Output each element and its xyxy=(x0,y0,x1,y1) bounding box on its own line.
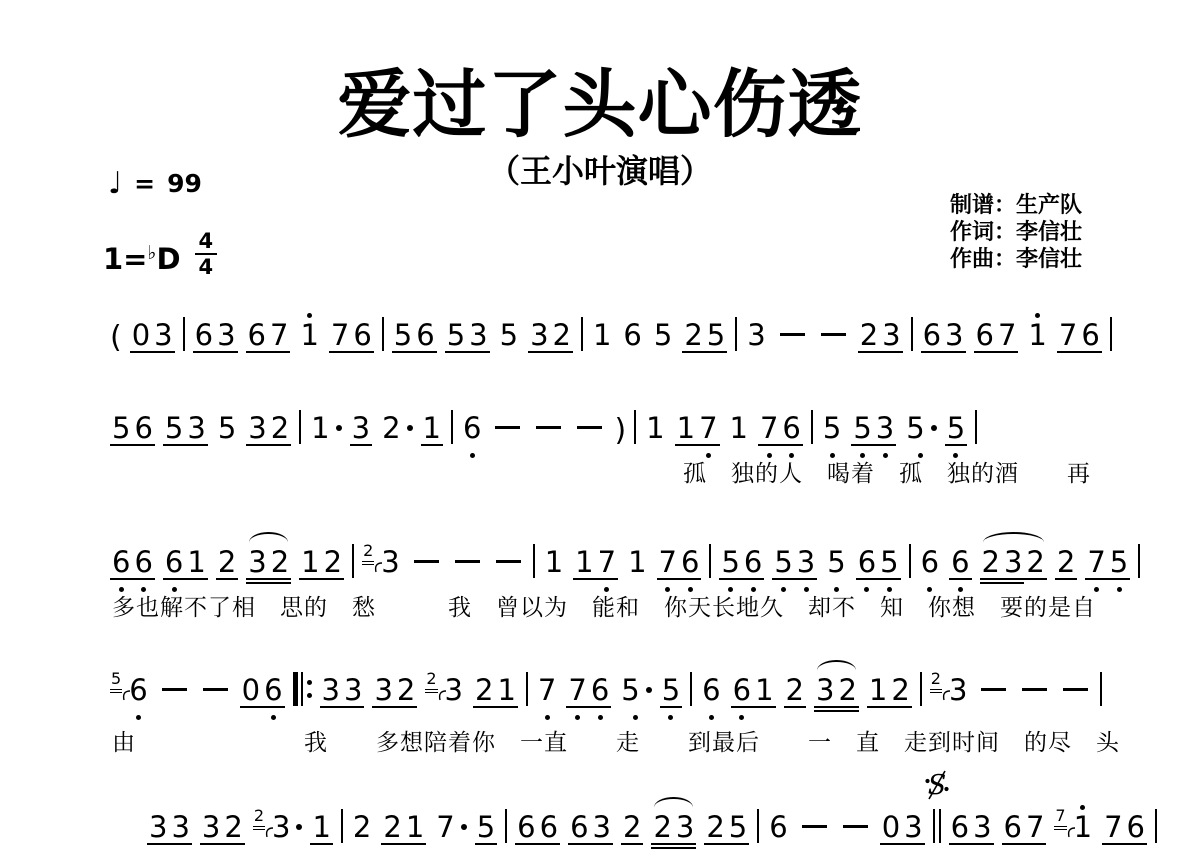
eighth-underline xyxy=(851,444,873,446)
barline xyxy=(757,809,759,843)
eighth-underline xyxy=(596,578,618,580)
note: 3 xyxy=(745,312,767,366)
digit-row: 2 xyxy=(621,811,643,843)
note: 6 xyxy=(949,804,971,850)
note-digit: 6 xyxy=(515,811,537,843)
note-digit: 7 xyxy=(657,546,679,578)
beamed-group: 32 xyxy=(246,405,291,459)
eighth-underline xyxy=(856,578,878,580)
digit-row: 5 xyxy=(727,811,749,843)
eighth-underline xyxy=(836,706,858,708)
note-digit: 2 xyxy=(351,811,373,843)
note: 5 xyxy=(475,804,497,850)
note: 3 xyxy=(943,312,965,366)
note-digit: 7 xyxy=(329,319,351,351)
barline xyxy=(920,672,922,706)
eighth-underline xyxy=(727,843,749,845)
digit-row: 6 xyxy=(621,319,643,351)
note: 1 xyxy=(573,539,595,593)
barline xyxy=(911,317,913,351)
digit-row: 6 xyxy=(246,319,268,351)
note: 7 xyxy=(1085,539,1107,593)
digit-row: 5 xyxy=(705,319,727,351)
digit-row: 7 xyxy=(1024,811,1046,843)
note: 6 xyxy=(919,539,941,593)
digit-row: 6 xyxy=(538,811,560,843)
note-digit: 3 xyxy=(745,319,767,351)
note-digit: 3 xyxy=(372,674,394,706)
grace-digit: 2 xyxy=(930,671,942,687)
digit-row: 3 xyxy=(943,319,965,351)
octave-dot-zone xyxy=(921,359,943,366)
beamed-group: 66 xyxy=(110,539,155,593)
note-digit: 6 xyxy=(679,546,701,578)
eighth-underline xyxy=(110,444,132,446)
eighth-underline xyxy=(130,351,152,353)
digit-row: 0 xyxy=(130,319,152,351)
octave-dot-zone xyxy=(240,714,262,721)
digit-row: 3 xyxy=(342,674,364,706)
note-digit: 6 xyxy=(1125,811,1147,843)
eighth-underline xyxy=(949,578,971,580)
note: 2 xyxy=(621,804,643,850)
note-digit: 1 xyxy=(298,319,320,351)
note: 7 xyxy=(536,667,558,721)
octave-dot-zone xyxy=(246,452,268,459)
note-digit: 7 xyxy=(1085,546,1107,578)
note: 7 xyxy=(996,312,1018,366)
note-digit: 3 xyxy=(902,811,924,843)
note-digit: 6 xyxy=(132,546,154,578)
note-digit: 1 xyxy=(310,811,332,843)
barline xyxy=(1110,317,1112,351)
note: 3 xyxy=(147,804,169,850)
octave-dot-zone xyxy=(467,359,489,366)
sixteenth-underline xyxy=(246,582,268,584)
digit-row: 3 xyxy=(971,811,993,843)
note: 6 xyxy=(589,667,611,721)
note-digit: 0 xyxy=(130,319,152,351)
beamed-group: 67 xyxy=(1002,804,1047,850)
eighth-underline xyxy=(473,706,495,708)
digit-row: 5 xyxy=(392,319,414,351)
digit-row: 7 xyxy=(697,412,719,444)
digit-row: 5 xyxy=(110,412,132,444)
digit-row: 2 xyxy=(473,674,495,706)
duration-dash xyxy=(1022,688,1047,692)
note-digit: 1 xyxy=(644,412,666,444)
octave-dot-zone xyxy=(836,714,858,721)
beamed-group: 53 xyxy=(445,312,490,366)
digit-row: 6 xyxy=(414,319,436,351)
note: 3 xyxy=(528,312,550,366)
note: 2 xyxy=(322,539,344,593)
slur-arc xyxy=(249,532,288,545)
digit-row: 3 xyxy=(795,546,817,578)
note-digit: 6 xyxy=(110,546,132,578)
music-line: 560633322321776556612321223 xyxy=(110,667,1102,721)
barline xyxy=(341,809,343,843)
note: 6 xyxy=(856,539,878,593)
beamed-group: 2 xyxy=(1055,539,1077,593)
grace-note: 2 xyxy=(362,543,374,565)
digit-row: 6 xyxy=(949,811,971,843)
digit-row: 7 xyxy=(1057,319,1079,351)
note-digit: 3 xyxy=(674,811,696,843)
beamed-group: 23 xyxy=(651,804,696,850)
note: 2 xyxy=(651,804,673,850)
note-digit: 5 xyxy=(772,546,794,578)
eighth-underline xyxy=(921,351,943,353)
digit-row: 2 xyxy=(381,811,403,843)
octave-dot-zone xyxy=(152,359,174,366)
eighth-underline xyxy=(867,706,889,708)
augmentation-dot xyxy=(296,824,302,830)
eighth-underline xyxy=(573,578,595,580)
octave-dot-zone xyxy=(215,359,237,366)
beamed-group: 76 xyxy=(657,539,702,593)
eighth-underline xyxy=(974,351,996,353)
barline xyxy=(505,809,507,843)
octave-dot-zone xyxy=(889,714,911,721)
octave-dot-zone xyxy=(996,359,1018,366)
note: 3 xyxy=(902,804,924,850)
digit-row: 7 xyxy=(536,674,558,706)
beamed-group: 63 xyxy=(193,312,238,366)
note-digit: 2 xyxy=(784,674,806,706)
digit-row: 5 xyxy=(216,412,238,444)
note: 5 xyxy=(727,804,749,850)
note: 3 xyxy=(246,405,268,459)
digit-row: 1 xyxy=(867,674,889,706)
digit-row: 1 xyxy=(675,412,697,444)
lyrics-line: 多也解不了相 思的 愁 我 曾以为 能和 你天长地久 却不 知 你想 要的是自 xyxy=(112,589,1096,622)
grace-hook-icon xyxy=(372,562,384,574)
octave-dot-zone xyxy=(262,714,284,721)
octave-dot-zone xyxy=(392,359,414,366)
beamed-group: 1 xyxy=(310,804,332,850)
octave-dot-zone xyxy=(621,359,643,366)
beamed-group: 63 xyxy=(921,312,966,366)
beamed-group: 03 xyxy=(130,312,175,366)
eighth-underline xyxy=(495,706,517,708)
digit-row: 3 xyxy=(246,412,268,444)
octave-dot-zone xyxy=(269,452,291,459)
digit-row: 6 xyxy=(921,319,943,351)
octave-dot-zone xyxy=(591,359,613,366)
digit-row: 3 xyxy=(152,319,174,351)
beamed-group: 32 xyxy=(528,312,573,366)
octave-dot-zone xyxy=(974,359,996,366)
note-digit: 6 xyxy=(193,319,215,351)
note: 2 xyxy=(682,312,704,366)
octave-dot-zone xyxy=(867,714,889,721)
note-digit: 6 xyxy=(538,811,560,843)
note-digit: 6 xyxy=(568,811,590,843)
digit-row: 3 xyxy=(185,412,207,444)
octave-dot-zone xyxy=(268,359,290,366)
beamed-group: 53 xyxy=(772,539,817,593)
note: 6 xyxy=(538,804,560,850)
digit-row: 2 xyxy=(784,674,806,706)
note-digit: 2 xyxy=(551,319,573,351)
digit-row: 3 xyxy=(467,319,489,351)
beamed-group: 21 xyxy=(473,667,518,721)
beamed-group: 5 xyxy=(475,804,497,850)
octave-dot-zone xyxy=(551,359,573,366)
note: 2 xyxy=(381,804,403,850)
note: 7 xyxy=(1102,804,1124,850)
eighth-underline xyxy=(889,706,911,708)
note: 2 xyxy=(980,539,1002,593)
eighth-underline xyxy=(674,843,696,845)
note-digit: 0 xyxy=(880,811,902,843)
eighth-underline xyxy=(551,351,573,353)
duration-dash xyxy=(536,426,561,430)
octave-dot-zone xyxy=(132,452,154,459)
note-digit: 6 xyxy=(589,674,611,706)
note-digit: 7 xyxy=(1102,811,1124,843)
eighth-underline xyxy=(1108,578,1130,580)
eighth-underline xyxy=(350,444,372,446)
digit-row: 1 xyxy=(591,319,613,351)
note-digit: 1 xyxy=(404,811,426,843)
low-octave-dot xyxy=(709,715,714,720)
eighth-underline xyxy=(731,706,753,708)
note: 2 xyxy=(889,667,911,721)
note-digit: 5 xyxy=(163,412,185,444)
note-digit: 1 xyxy=(495,674,517,706)
note-digit: 5 xyxy=(110,412,132,444)
octave-dot-zone xyxy=(461,452,483,459)
eighth-underline xyxy=(269,578,291,580)
note: 3 xyxy=(971,804,993,850)
octave-dot-zone xyxy=(528,359,550,366)
beamed-group: 1 xyxy=(421,405,443,459)
eighth-underline xyxy=(467,351,489,353)
digit-row: 6 xyxy=(351,319,373,351)
note-digit: 6 xyxy=(132,412,154,444)
low-octave-dot xyxy=(545,715,550,720)
eighth-underline xyxy=(657,578,679,580)
barline xyxy=(352,544,354,578)
barline xyxy=(533,544,535,578)
beamed-group: 61 xyxy=(163,539,208,593)
digit-row: 2 xyxy=(980,546,1002,578)
duration-dash xyxy=(1063,688,1088,692)
note: 1 xyxy=(421,405,443,459)
eighth-underline xyxy=(719,578,741,580)
eighth-underline xyxy=(163,444,185,446)
note-digit: 5 xyxy=(904,412,926,444)
note: 6 xyxy=(767,804,789,850)
beamed-group: 17 xyxy=(675,405,720,459)
note: 7 xyxy=(697,405,719,459)
note: 3 xyxy=(320,667,342,721)
eighth-underline xyxy=(185,444,207,446)
barline xyxy=(939,809,941,843)
augmentation-dot xyxy=(336,425,342,431)
slur-arc xyxy=(654,797,693,810)
note: 5 xyxy=(619,667,651,721)
digit-row: 1 xyxy=(309,412,341,444)
note: 2 xyxy=(269,405,291,459)
note-digit: 6 xyxy=(1079,319,1101,351)
beamed-group: 32 xyxy=(814,667,859,721)
barline xyxy=(1155,809,1157,843)
octave-dot-zone xyxy=(536,714,558,721)
beamed-group: 56 xyxy=(719,539,764,593)
digit-row: 1 xyxy=(753,674,775,706)
grace-note: 2 xyxy=(253,808,265,830)
beamed-group: 61 xyxy=(731,667,776,721)
note-digit: 2 xyxy=(1024,546,1046,578)
octave-dot-zone xyxy=(1079,359,1101,366)
note: 3 xyxy=(342,667,364,721)
octave-dot-zone xyxy=(943,359,965,366)
thin-bar xyxy=(301,672,303,706)
low-octave-dot xyxy=(470,453,475,458)
note-digit: 7 xyxy=(434,811,456,843)
eighth-underline xyxy=(1085,578,1107,580)
digit-row: 1 xyxy=(728,412,750,444)
note-digit: 3 xyxy=(874,412,896,444)
note: 5 xyxy=(110,405,132,459)
eighth-underline xyxy=(814,706,836,708)
note-digit: 1 xyxy=(867,674,889,706)
note-digit: 1 xyxy=(573,546,595,578)
note: 5 xyxy=(652,312,674,366)
barline xyxy=(299,410,301,444)
note-digit: 2 xyxy=(704,811,726,843)
eighth-underline xyxy=(980,578,1002,580)
eighth-underline xyxy=(902,843,924,845)
beamed-group: 65 xyxy=(856,539,901,593)
note: 2 xyxy=(222,804,244,850)
thick-bar xyxy=(293,672,298,706)
digit-row: 3 xyxy=(320,674,342,706)
beamed-group: 25 xyxy=(682,312,727,366)
sixteenth-underline xyxy=(674,847,696,849)
digit-row: 1 xyxy=(644,412,666,444)
digit-row: 7 xyxy=(1102,811,1124,843)
note-digit: 6 xyxy=(974,319,996,351)
grace-digit: 2 xyxy=(425,671,437,687)
digit-row: 2 xyxy=(858,319,880,351)
octave-dot-zone xyxy=(414,359,436,366)
low-octave-dot xyxy=(739,715,744,720)
eighth-underline xyxy=(351,351,373,353)
note-digit: 1 xyxy=(309,412,331,444)
eighth-underline xyxy=(742,578,764,580)
note: 3 xyxy=(200,804,222,850)
sixteenth-underline xyxy=(1002,582,1024,584)
note-digit: 1 xyxy=(1026,319,1048,351)
digit-row: 7 xyxy=(434,811,466,843)
eighth-underline xyxy=(538,843,560,845)
note-digit: 6 xyxy=(262,674,284,706)
octave-dot-zone xyxy=(566,714,588,721)
digit-row: 6 xyxy=(193,319,215,351)
note: 3 xyxy=(674,804,696,850)
octave-dot-zone xyxy=(947,714,969,721)
grace-digit: 5 xyxy=(110,671,122,687)
sixteenth-underline xyxy=(980,582,1002,584)
beamed-group: 23 xyxy=(858,312,903,366)
note-digit: 3 xyxy=(467,319,489,351)
note: 1 xyxy=(867,667,889,721)
digit-row: 2 xyxy=(380,412,412,444)
note: 6 xyxy=(262,667,284,721)
eighth-underline xyxy=(169,843,191,845)
grace-note: 2 xyxy=(425,671,437,693)
eighth-underline xyxy=(949,843,971,845)
note: 2 xyxy=(473,667,495,721)
note-digit: 2 xyxy=(381,811,403,843)
note: 2 xyxy=(395,667,417,721)
duration-dash xyxy=(495,426,520,430)
eighth-underline xyxy=(152,351,174,353)
note-digit: 3 xyxy=(320,674,342,706)
octave-dot-zone xyxy=(745,359,767,366)
note-digit: 7 xyxy=(1057,319,1079,351)
beamed-group: 5 xyxy=(660,667,682,721)
note: 5 xyxy=(821,405,843,459)
note-digit: 2 xyxy=(621,811,643,843)
note: 5 xyxy=(445,312,467,366)
eighth-underline xyxy=(110,578,132,580)
note-digit: 5 xyxy=(878,546,900,578)
barline xyxy=(526,672,528,706)
note: 5 xyxy=(719,539,741,593)
segno-icon: S xyxy=(924,769,950,801)
beamed-group: 53 xyxy=(851,405,896,459)
beamed-group: 5 xyxy=(945,405,967,459)
note-digit: 5 xyxy=(851,412,873,444)
note-digit: 2 xyxy=(651,811,673,843)
note-digit: 1 xyxy=(591,319,613,351)
octave-dot-zone xyxy=(445,359,467,366)
barline xyxy=(811,410,813,444)
note-digit: 2 xyxy=(222,811,244,843)
close-paren: ) xyxy=(614,416,626,446)
note-digit: 5 xyxy=(719,546,741,578)
digit-row: 2 xyxy=(395,674,417,706)
beamed-group: 21 xyxy=(381,804,426,850)
digit-row: 2 xyxy=(889,674,911,706)
grace-digit: 2 xyxy=(362,543,374,559)
note-digit: 3 xyxy=(350,412,372,444)
barline xyxy=(1100,672,1102,706)
eighth-underline xyxy=(222,843,244,845)
note-digit: 7 xyxy=(758,412,780,444)
note: 7 xyxy=(566,667,588,721)
digit-row: 5 xyxy=(772,546,794,578)
note-digit: 1 xyxy=(299,546,321,578)
note: 1 xyxy=(310,804,332,850)
note-digit: 3 xyxy=(814,674,836,706)
note: 5 xyxy=(825,539,847,593)
duration-dash xyxy=(455,560,480,564)
note: 6 xyxy=(1079,312,1101,366)
octave-dot-zone xyxy=(652,359,674,366)
octave-dot-zone xyxy=(320,714,342,721)
note: 3 xyxy=(1002,539,1024,593)
duration-dash xyxy=(162,688,187,692)
digit-row: 3 xyxy=(215,319,237,351)
grace-note: 2 xyxy=(930,671,942,693)
low-octave-dot xyxy=(575,715,580,720)
